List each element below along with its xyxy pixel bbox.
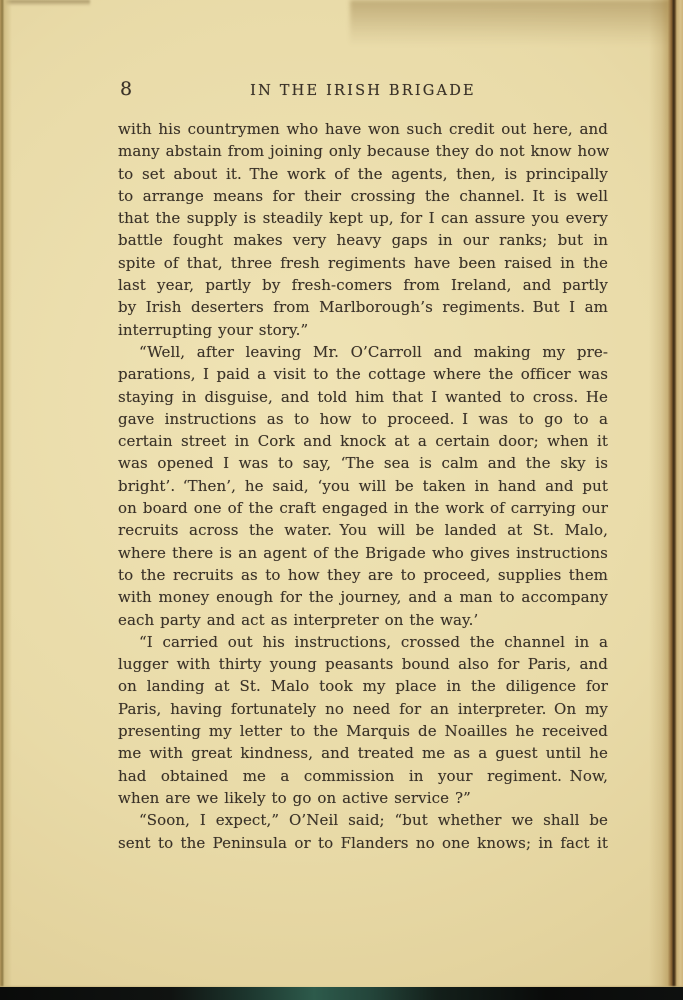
text-line: spite of that, three fresh regiments hav… (118, 252, 608, 274)
book-cover-bottom (0, 987, 683, 1000)
text-line: interrupting your story.” (118, 319, 608, 341)
paragraph: “I carried out his instructions, crossed… (118, 631, 608, 809)
text-line: had obtained me a commission in your reg… (118, 765, 608, 787)
page-edge-shadow-top-left (0, 0, 90, 6)
text-line: was opened I was to say, ‘The sea is cal… (118, 452, 608, 474)
text-line: each party and act as interpreter on the… (118, 609, 608, 631)
text-line: to the recruits as to how they are to pr… (118, 564, 608, 586)
text-line: to set about it. The work of the agents,… (118, 163, 608, 185)
text-line: bright’. ‘Then’, he said, ‘you will be t… (118, 475, 608, 497)
text-line: gave instructions as to how to proceed. … (118, 408, 608, 430)
text-line: “Soon, I expect,” O’Neil said; “but whet… (118, 809, 608, 831)
text-line: parations, I paid a visit to the cottage… (118, 363, 608, 385)
page-header: 8 IN THE IRISH BRIGADE (118, 80, 608, 104)
sheet-edge-left (0, 0, 12, 988)
text-line: recruits across the water. You will be l… (118, 519, 608, 541)
text-line: on board one of the craft engaged in the… (118, 497, 608, 519)
running-title: IN THE IRISH BRIGADE (118, 80, 608, 99)
text-line: “Well, after leaving Mr. O’Carroll and m… (118, 341, 608, 363)
paragraph: “Well, after leaving Mr. O’Carroll and m… (118, 341, 608, 631)
text-line: presenting my letter to the Marquis de N… (118, 720, 608, 742)
stacked-page-edges-top (350, 0, 670, 46)
text-line: where there is an agent of the Brigade w… (118, 542, 608, 564)
book-edge-right (649, 0, 683, 988)
text-line: that the supply is steadily kept up, for… (118, 207, 608, 229)
text-line: many abstain from joining only because t… (118, 140, 608, 162)
text-line: with his countrymen who have won such cr… (118, 118, 608, 140)
text-block: with his countrymen who have won such cr… (118, 118, 608, 854)
text-line: last year, partly by fresh-comers from I… (118, 274, 608, 296)
text-line: Paris, having fortunately no need for an… (118, 698, 608, 720)
paragraph: “Soon, I expect,” O’Neil said; “but whet… (118, 809, 608, 854)
text-line: by Irish deserters from Marlborough’s re… (118, 296, 608, 318)
text-line: with money enough for the journey, and a… (118, 586, 608, 608)
page-number: 8 (120, 78, 133, 100)
text-line: sent to the Peninsula or to Flanders no … (118, 832, 608, 854)
scanned-book-page: 8 IN THE IRISH BRIGADE with his countrym… (0, 0, 683, 1000)
text-line: me with great kindness, and treated me a… (118, 742, 608, 764)
text-line: when are we likely to go on active servi… (118, 787, 608, 809)
text-line: lugger with thirty young peasants bound … (118, 653, 608, 675)
text-line: staying in disguise, and told him that I… (118, 386, 608, 408)
text-line: battle fought makes very heavy gaps in o… (118, 229, 608, 251)
printed-content: 8 IN THE IRISH BRIGADE with his countrym… (118, 80, 608, 104)
text-line: on landing at St. Malo took my place in … (118, 675, 608, 697)
text-line: certain street in Cork and knock at a ce… (118, 430, 608, 452)
text-line: to arrange means for their crossing the … (118, 185, 608, 207)
text-line: “I carried out his instructions, crossed… (118, 631, 608, 653)
paragraph: with his countrymen who have won such cr… (118, 118, 608, 341)
